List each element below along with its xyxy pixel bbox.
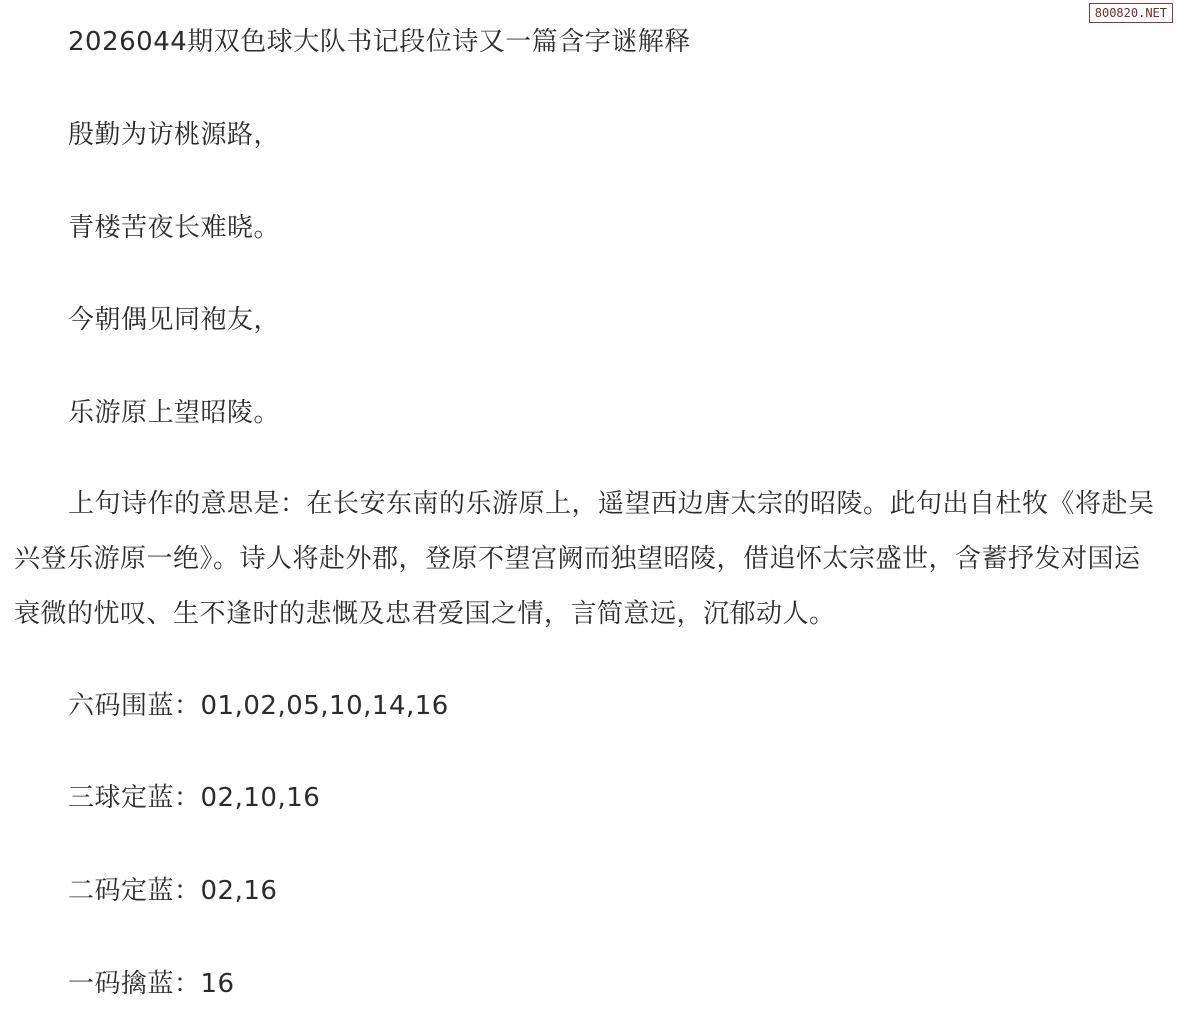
poem-line-1: 殷勤为访桃源路， [68,118,280,152]
poem-line-3: 今朝偶见同袍友， [68,303,280,337]
site-watermark: 800820.NET [1089,3,1173,23]
prediction-label: 一码擒蓝： [68,969,201,999]
poem-line-4: 乐游原上望昭陵。 [68,396,280,430]
explanation-paragraph: 上句诗作的意思是：在长安东南的乐游原上，遥望西边唐太宗的昭陵。此句出自杜牧《将赴… [14,477,1164,642]
prediction-label: 三球定蓝： [68,783,201,813]
prediction-value: 02,16 [201,876,278,906]
prediction-six-codes: 六码围蓝：01,02,05,10,14,16 [68,689,449,723]
prediction-value: 01,02,05,10,14,16 [201,691,449,721]
prediction-one-code: 一码擒蓝：16 [68,967,235,1001]
article-title: 2026044期双色球大队书记段位诗又一篇含字谜解释 [68,25,691,59]
prediction-label: 二码定蓝： [68,876,201,906]
prediction-value: 16 [201,969,235,999]
prediction-label: 六码围蓝： [68,691,201,721]
poem-line-2: 青楼苦夜长难晓。 [68,211,280,245]
prediction-three-balls: 三球定蓝：02,10,16 [68,781,320,815]
prediction-two-codes: 二码定蓝：02,16 [68,874,277,908]
prediction-value: 02,10,16 [201,783,321,813]
